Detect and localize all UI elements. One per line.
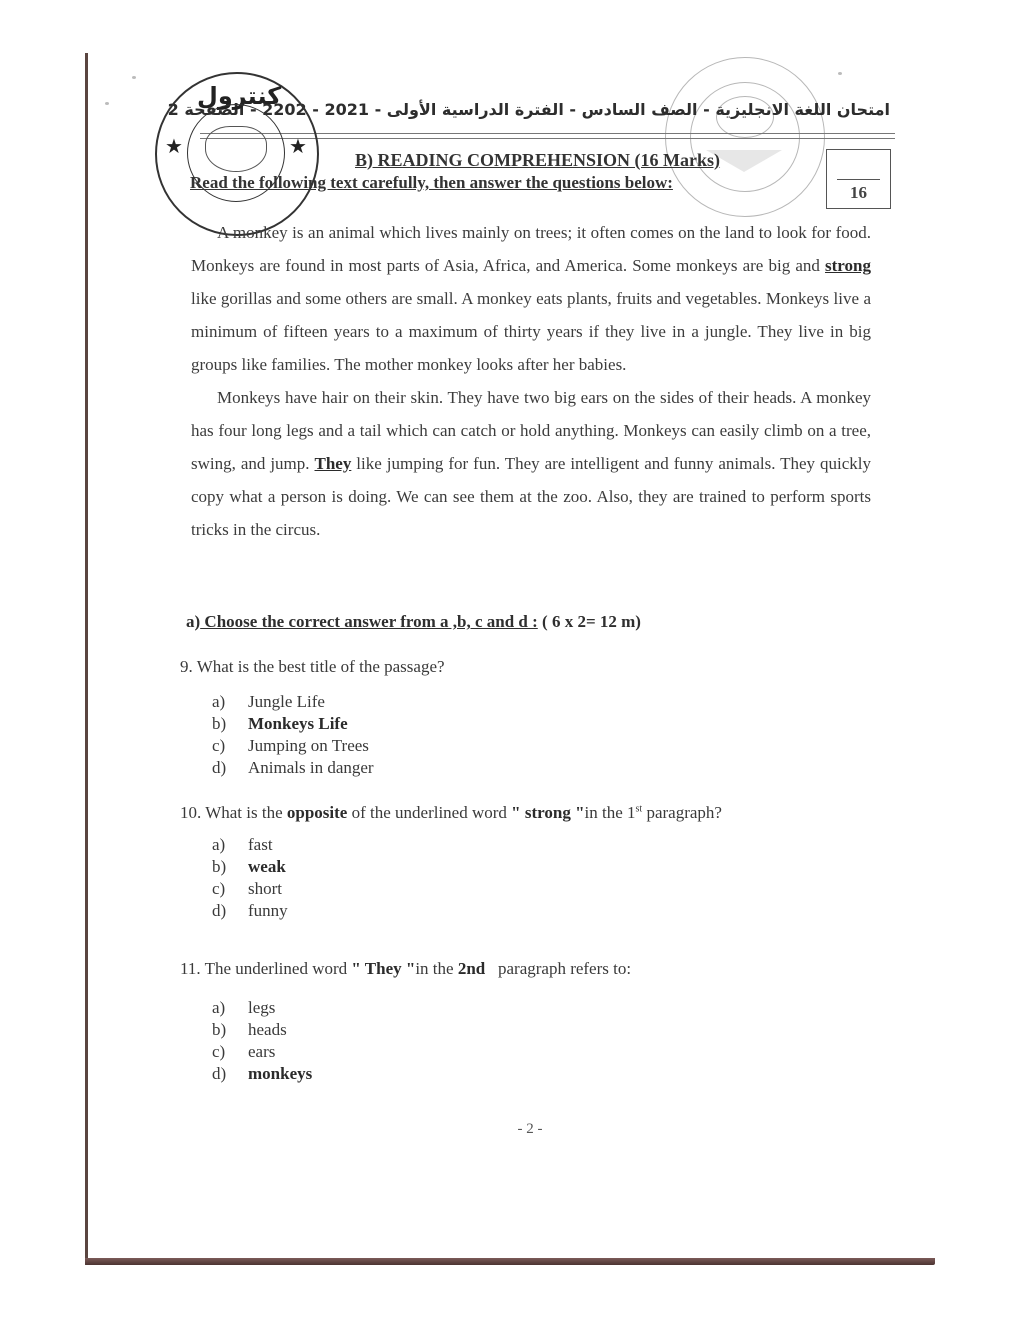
answer-option: d)Animals in danger	[212, 757, 374, 779]
question-number: 9.	[180, 657, 193, 676]
task-heading: a) Choose the correct answer from a ,b, …	[186, 612, 641, 632]
option-letter: b)	[212, 1019, 248, 1041]
underlined-word: strong	[825, 256, 871, 275]
star-icon: ★	[289, 134, 307, 159]
question-text: What is the	[201, 803, 287, 822]
option-text: Monkeys Life	[248, 713, 348, 735]
option-letter: a)	[212, 997, 248, 1019]
scan-speck	[838, 72, 842, 75]
question-text: of the underlined word	[347, 803, 511, 822]
answer-option: a)Jungle Life	[212, 691, 374, 713]
option-text: Jungle Life	[248, 691, 325, 713]
exam-header-arabic: امتحان اللغة الانجليزية - الصف السادس - …	[310, 100, 890, 126]
task-prefix: a)	[186, 612, 200, 631]
paragraph-text: like gorillas and some others are small.…	[191, 289, 871, 374]
answer-option: b)heads	[212, 1019, 312, 1041]
paragraph-1: A monkey is an animal which lives mainly…	[191, 216, 871, 381]
option-text: fast	[248, 834, 273, 856]
answer-option: c)Jumping on Trees	[212, 735, 374, 757]
scan-speck	[132, 76, 136, 79]
page-edge-bottom	[85, 1258, 935, 1265]
instruction-text: Read the following text carefully, then …	[190, 173, 673, 193]
page-number: - 2 -	[0, 1121, 1020, 1138]
answer-option: b)weak	[212, 856, 288, 878]
answer-option: c)ears	[212, 1041, 312, 1063]
question-text: in the 1	[585, 803, 636, 822]
stamp-emblem-icon	[205, 126, 267, 172]
underlined-word: They	[315, 454, 352, 473]
question-number: 10.	[180, 803, 201, 822]
page-edge-left	[85, 53, 88, 1265]
option-letter: a)	[212, 834, 248, 856]
section-title: B) READING COMPREHENSION (16 Marks)	[355, 150, 720, 171]
star-icon: ★	[165, 134, 183, 159]
option-letter: d)	[212, 900, 248, 922]
answer-option: a)legs	[212, 997, 312, 1019]
answer-option: d)monkeys	[212, 1063, 312, 1085]
paragraph-2: Monkeys have hair on their skin. They ha…	[191, 381, 871, 546]
option-text: weak	[248, 856, 286, 878]
option-text: Jumping on Trees	[248, 735, 369, 757]
task-instruction: Choose the correct answer from a ,b, c a…	[200, 612, 538, 631]
option-text: legs	[248, 997, 275, 1019]
question-text: paragraph refers to:	[485, 959, 631, 978]
option-text: monkeys	[248, 1063, 312, 1085]
option-letter: d)	[212, 1063, 248, 1085]
question-text: The underlined word	[201, 959, 352, 978]
question-11: 11. The underlined word " They "in the 2…	[180, 959, 631, 979]
question-text: What is the best title of the passage?	[193, 657, 445, 676]
question-text: in the	[415, 959, 458, 978]
score-total: 16	[827, 183, 890, 203]
answer-option: a)fast	[212, 834, 288, 856]
question-9: 9. What is the best title of the passage…	[180, 657, 445, 677]
answer-option: c)short	[212, 878, 288, 900]
option-text: funny	[248, 900, 288, 922]
option-letter: a)	[212, 691, 248, 713]
option-letter: c)	[212, 878, 248, 900]
task-marks: ( 6 x 2= 12 m)	[538, 612, 641, 631]
option-letter: d)	[212, 757, 248, 779]
option-letter: c)	[212, 735, 248, 757]
option-letter: c)	[212, 1041, 248, 1063]
question-number: 11.	[180, 959, 201, 978]
option-letter: b)	[212, 856, 248, 878]
question-10: 10. What is the opposite of the underlin…	[180, 803, 722, 823]
question-10-options: a)fastb)weakc)shortd)funny	[212, 834, 288, 922]
option-text: short	[248, 878, 282, 900]
question-text: " They "	[351, 959, 415, 978]
answer-option: b)Monkeys Life	[212, 713, 374, 735]
option-text: ears	[248, 1041, 275, 1063]
official-stamp-left: كنترول ★ ★	[155, 72, 319, 236]
question-text: paragraph?	[642, 803, 722, 822]
reading-passage: A monkey is an animal which lives mainly…	[191, 216, 871, 546]
score-divider	[837, 179, 880, 180]
paragraph-text: A monkey is an animal which lives mainly…	[191, 223, 871, 275]
answer-option: d)funny	[212, 900, 288, 922]
option-text: heads	[248, 1019, 287, 1041]
question-text: " strong "	[511, 803, 584, 822]
question-text: 2nd	[458, 959, 485, 978]
question-9-options: a)Jungle Lifeb)Monkeys Lifec)Jumping on …	[212, 691, 374, 779]
option-text: Animals in danger	[248, 757, 374, 779]
option-letter: b)	[212, 713, 248, 735]
scan-speck	[105, 102, 109, 105]
question-11-options: a)legsb)headsc)earsd)monkeys	[212, 997, 312, 1085]
question-text: opposite	[287, 803, 347, 822]
score-box: 16	[826, 149, 891, 209]
